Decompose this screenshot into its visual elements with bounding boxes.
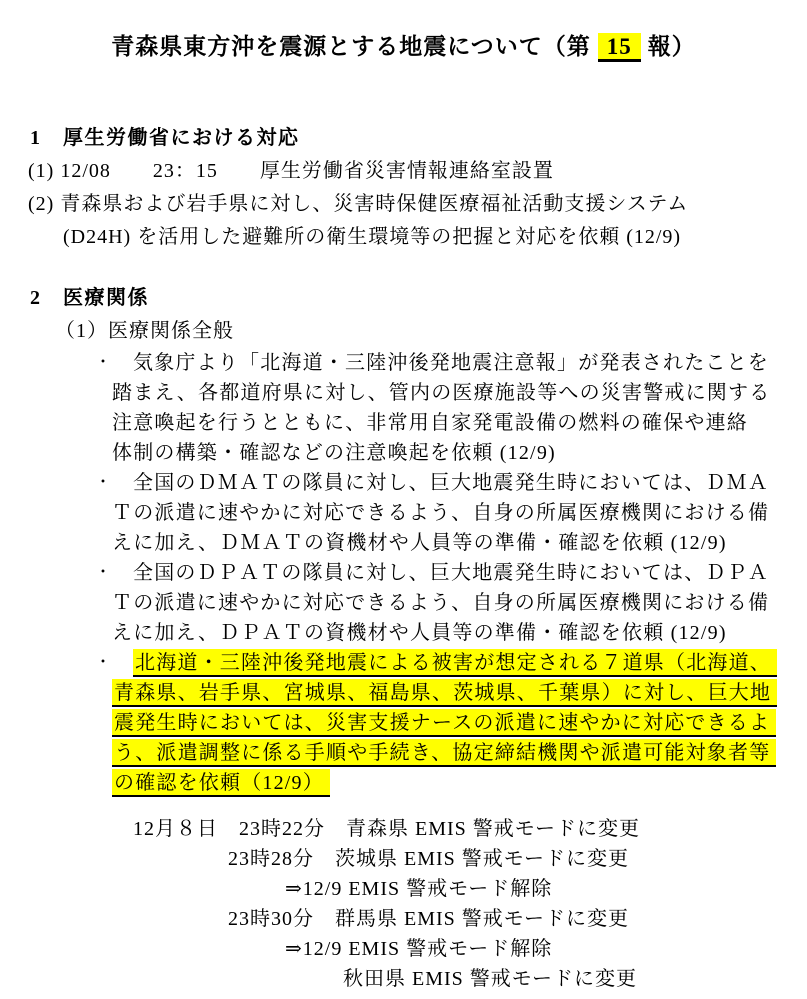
bullet-line: ・全国のＤＭＡＴの隊員に対し、巨大地震発生時においては、ＤＭＡ (0, 468, 807, 498)
bullet-line: の確認を依頼（12/9） (0, 768, 807, 798)
emis-line: ⇒12/9 EMIS 警戒モード解除 (0, 874, 807, 904)
bullet-line: 踏まえ、各都道府県に対し、管内の医療施設等への災害警戒に関する (0, 378, 807, 408)
bullet-text: 注意喚起を行うとともに、非常用自家発電設備の燃料の確保や連絡 (112, 412, 748, 434)
bullet-icon: ・ (95, 468, 112, 498)
section1-heading: 1 厚生労働省における対応 (30, 122, 807, 155)
emis-line: 12月８日 23時22分 青森県 EMIS 警戒モードに変更 (0, 814, 807, 844)
bullet-line: ・気象庁より「北海道・三陸沖後発地震注意報」が発表されたことを (0, 348, 807, 378)
highlighted-text: う、派遣調整に係る手順や手続き、協定締結機関や派遣可能対象者等 (112, 739, 776, 767)
document-page: 青森県東方沖を震源とする地震について（第15報） 1 厚生労働省における対応 (… (0, 0, 807, 999)
emis-log: 12月８日 23時22分 青森県 EMIS 警戒モードに変更 23時28分 茨城… (0, 814, 807, 994)
bullet-text: 全国のＤＰＡＴの隊員に対し、巨大地震発生時においては、ＤＰＡ (133, 562, 769, 584)
emis-line: 秋田県 EMIS 警戒モードに変更 (0, 964, 807, 994)
bullet-line: Ｔの派遣に速やかに対応できるよう、自身の所属医療機関における備 (0, 498, 807, 528)
bullet-line: ・北海道・三陸沖後発地震による被害が想定される７道県（北海道、 (0, 648, 807, 678)
bullet-icon: ・ (95, 558, 112, 588)
highlighted-text: 震発生時においては、災害支援ナースの派遣に速やかに対応できるよ (112, 709, 776, 737)
bullet-text: えに加え、ＤＭＡＴの資機材や人員等の準備・確認を依頼 (12/9) (112, 532, 727, 554)
title-text-post: 報） (648, 34, 696, 59)
bullet-text: 全国のＤＭＡＴの隊員に対し、巨大地震発生時においては、ＤＭＡ (133, 472, 769, 494)
bullet-item-dmat: ・全国のＤＭＡＴの隊員に対し、巨大地震発生時においては、ＤＭＡ Ｔの派遣に速やか… (0, 468, 807, 558)
bullet-text: Ｔの派遣に速やかに対応できるよう、自身の所属医療機関における備 (112, 592, 769, 614)
highlighted-text: の確認を依頼（12/9） (112, 769, 330, 797)
section1-item1: (1) 12/08 23：15 厚生労働省災害情報連絡室設置 (28, 155, 807, 188)
bullet-line: ・全国のＤＰＡＴの隊員に対し、巨大地震発生時においては、ＤＰＡ (0, 558, 807, 588)
bullet-icon: ・ (95, 648, 112, 678)
report-number-highlight: 15 (598, 33, 641, 62)
section1-item2-line2: (D24H) を活用した避難所の衛生環境等の把握と対応を依頼 (12/9) (63, 221, 807, 254)
bullet-icon: ・ (95, 348, 112, 378)
highlighted-text: 青森県、岩手県、宮城県、福島県、茨城県、千葉県）に対し、巨大地 (112, 679, 777, 707)
section2-heading: 2 医療関係 (30, 282, 807, 315)
bullet-text: 気象庁より「北海道・三陸沖後発地震注意報」が発表されたことを (133, 352, 769, 374)
bullet-item-disaster-nurse-highlighted: ・北海道・三陸沖後発地震による被害が想定される７道県（北海道、 青森県、岩手県、… (0, 648, 807, 798)
bullet-line: Ｔの派遣に速やかに対応できるよう、自身の所属医療機関における備 (0, 588, 807, 618)
bullet-text: えに加え、ＤＰＡＴの資機材や人員等の準備・確認を依頼 (12/9) (112, 622, 727, 644)
highlighted-text: 北海道・三陸沖後発地震による被害が想定される７道県（北海道、 (133, 649, 777, 677)
bullet-line: う、派遣調整に係る手順や手続き、協定締結機関や派遣可能対象者等 (0, 738, 807, 768)
bullet-line: えに加え、ＤＰＡＴの資機材や人員等の準備・確認を依頼 (12/9) (0, 618, 807, 648)
section1-item2-line1: (2) 青森県および岩手県に対し、災害時保健医療福祉活動支援システム (28, 188, 807, 221)
bullet-item-jma-notice: ・気象庁より「北海道・三陸沖後発地震注意報」が発表されたことを 踏まえ、各都道府… (0, 348, 807, 468)
bullet-line: 注意喚起を行うとともに、非常用自家発電設備の燃料の確保や連絡 (0, 408, 807, 438)
bullet-text: 体制の構築・確認などの注意喚起を依頼 (12/9) (112, 442, 556, 464)
bullet-line: 体制の構築・確認などの注意喚起を依頼 (12/9) (0, 438, 807, 468)
bullet-text: 踏まえ、各都道府県に対し、管内の医療施設等への災害警戒に関する (112, 382, 770, 404)
bullet-line: えに加え、ＤＭＡＴの資機材や人員等の準備・確認を依頼 (12/9) (0, 528, 807, 558)
emis-line: 23時28分 茨城県 EMIS 警戒モードに変更 (0, 844, 807, 874)
emis-line: ⇒12/9 EMIS 警戒モード解除 (0, 934, 807, 964)
bullet-text: Ｔの派遣に速やかに対応できるよう、自身の所属医療機関における備 (112, 502, 769, 524)
bullet-item-dpat: ・全国のＤＰＡＴの隊員に対し、巨大地震発生時においては、ＤＰＡ Ｔの派遣に速やか… (0, 558, 807, 648)
bullet-line: 震発生時においては、災害支援ナースの派遣に速やかに対応できるよ (0, 708, 807, 738)
bullet-line: 青森県、岩手県、宮城県、福島県、茨城県、千葉県）に対し、巨大地 (0, 678, 807, 708)
emis-line: 23時30分 群馬県 EMIS 警戒モードに変更 (0, 904, 807, 934)
section2-subheading: （1）医療関係全般 (55, 315, 807, 348)
page-title: 青森県東方沖を震源とする地震について（第15報） (0, 0, 807, 64)
title-text-pre: 青森県東方沖を震源とする地震について（第 (111, 34, 591, 59)
